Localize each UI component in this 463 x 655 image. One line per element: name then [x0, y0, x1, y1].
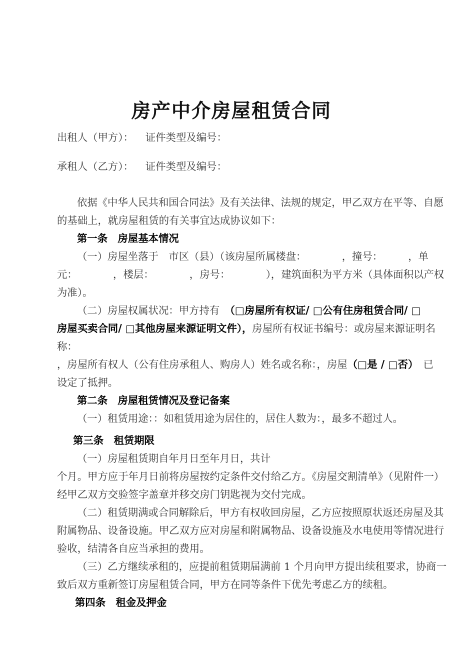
article-3-p3-line-2: 致后双方重新签订房屋租赁合同，甲方在同等条件下优先考虑乙方的续租。 [57, 580, 407, 592]
article-3-heading: 第三条 租赁期限 [73, 436, 423, 448]
article-4-heading: 第四条 租金及押金 [75, 598, 425, 610]
article-3-p2-line-2: 附属物品、设备设施。甲乙双方应对房屋和附属物品、设备设施及水电使用等情况进行 [57, 526, 407, 538]
article-1-p2-line-1: （二）房屋权属状况：甲方持有 （□房屋所有权证/ □公有住房租赁合同/ □ [77, 306, 427, 318]
article-2-heading: 第二条 房屋租赁情况及登记备案 [77, 396, 427, 408]
article-3-p1-line-2: 个月。甲方应于年月日前将房屋按约定条件交付给乙方。《房屋交割清单》（见附件一） [57, 472, 407, 484]
owner-text-tail: 已 [423, 360, 433, 371]
article-3-p2-line-1: （二）租赁期满或合同解除后，甲方有权收回房屋，乙方应按照原状返还房屋及其 [77, 508, 427, 520]
article-3-p1-line-1: （一）房屋租赁期自年月日至年月日，共计 [77, 454, 427, 466]
lessee-id-label: 证件类型及编号： [145, 162, 227, 173]
certificate-text: 房屋所有权证书编号：或房屋来源证明名 [252, 324, 435, 335]
ownership-options-1: （□房屋所有权证/ □公有住房租赁合同/ □ [230, 306, 421, 317]
article-1-p1-line-1: （一）房屋坐落于 市区（县）（该房屋所属楼盘： ，撞号： ，单 [77, 252, 427, 264]
article-3-p3-line-1: （三）乙方继续承租的，应提前租赁期届满前 1 个月向甲方提出续租要求，协商一 [77, 562, 427, 574]
document-page: 房产中介房屋租赁合同 出租人（甲方）：证件类型及编号： 承租人（乙方）：证件类型… [0, 0, 463, 655]
article-1-p1-line-3: 为准）。 [57, 288, 407, 300]
preamble-line-2: 的基础上，就房屋租赁的有关事宜达成协议如下： [57, 216, 407, 228]
lessee-line: 承租人（乙方）：证件类型及编号： [57, 162, 407, 174]
article-3-p1-line-3: 经甲乙双方交验签字盖章并移交房门钥匙视为交付完成。 [57, 490, 407, 502]
ownership-options-2: 房屋买卖合同/ □其他房屋来源证明文件）， [57, 324, 252, 335]
lessor-label: 出租人（甲方）： [57, 133, 133, 144]
preamble-line-1: 依据《中华人民共和国合同法》及有关法律、法规的规定，甲乙双方在平等、自愿 [77, 198, 407, 210]
page-title: 房产中介房屋租赁合同 [0, 96, 463, 123]
owner-text: ，房屋所有权人（公有住房承租人、购房人）姓名或名称：，房屋 [57, 360, 347, 371]
article-1-heading: 第一条 房屋基本情况 [77, 234, 427, 246]
lessor-id-label: 证件类型及编号： [145, 133, 227, 144]
article-1-p3-line-2: 设定了抵押。 [57, 378, 407, 390]
article-1-p1-line-2: 元： ，楼层： ，房号： ），建筑面积为平方米（具体面积以产权 [57, 270, 407, 282]
article-1-p2-line-2: 房屋买卖合同/ □其他房屋来源证明文件），房屋所有权证书编号：或房屋来源证明名 [57, 324, 407, 336]
article-3-p2-line-3: 验收，结清各自应当承担的费用。 [57, 544, 407, 556]
lessor-line: 出租人（甲方）：证件类型及编号： [57, 133, 407, 145]
article-1-p3-line-1: ，房屋所有权人（公有住房承租人、购房人）姓名或名称：，房屋（□是 / □否） 已 [57, 360, 407, 372]
article-2-p1: （一）租赁用途：：如租赁用途为居住的，居住人数为：，最多不超过人。 [77, 414, 427, 426]
article-1-p2-line-3: 称： [57, 342, 407, 354]
lessee-label: 承租人（乙方）： [57, 162, 133, 173]
ownership-text: （二）房屋权属状况：甲方持有 [77, 306, 230, 317]
mortgage-options: （□是 / □否） [347, 360, 413, 371]
